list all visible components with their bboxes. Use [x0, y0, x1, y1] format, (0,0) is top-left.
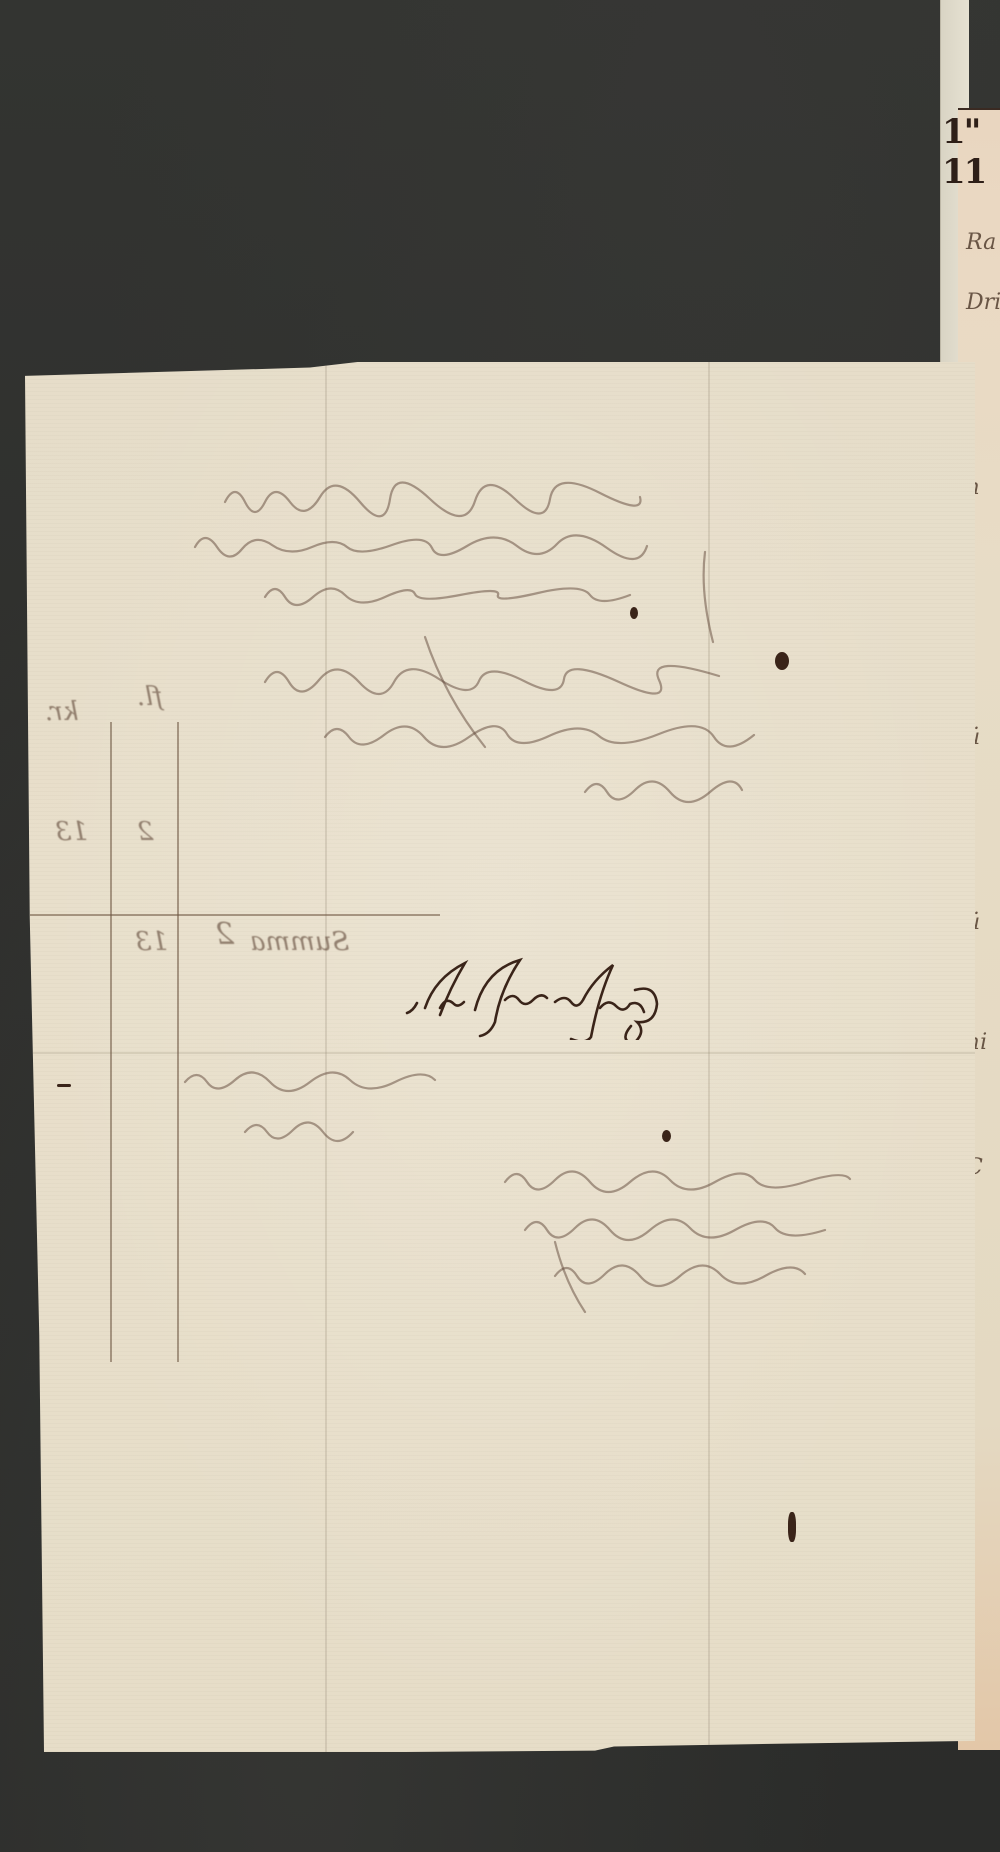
- signature: Gebessen auf Tag.: [395, 950, 665, 1040]
- manuscript-page: kr. fl. 2 13 13 2 Summa: [25, 362, 975, 1752]
- ink-blot: [775, 652, 789, 670]
- ink-blot: [788, 1512, 796, 1542]
- back-sheet-fragment: Dri: [966, 290, 1000, 315]
- back-sheet-fragment: Ra: [966, 230, 996, 255]
- ink-dash: [57, 1084, 71, 1087]
- signature-strokes: [395, 950, 665, 1040]
- back-sheet-heading: 1" 11: [942, 112, 1000, 192]
- ink-blot: [662, 1130, 671, 1142]
- bleed-through-script: [25, 362, 975, 1752]
- ink-blot: [630, 607, 638, 619]
